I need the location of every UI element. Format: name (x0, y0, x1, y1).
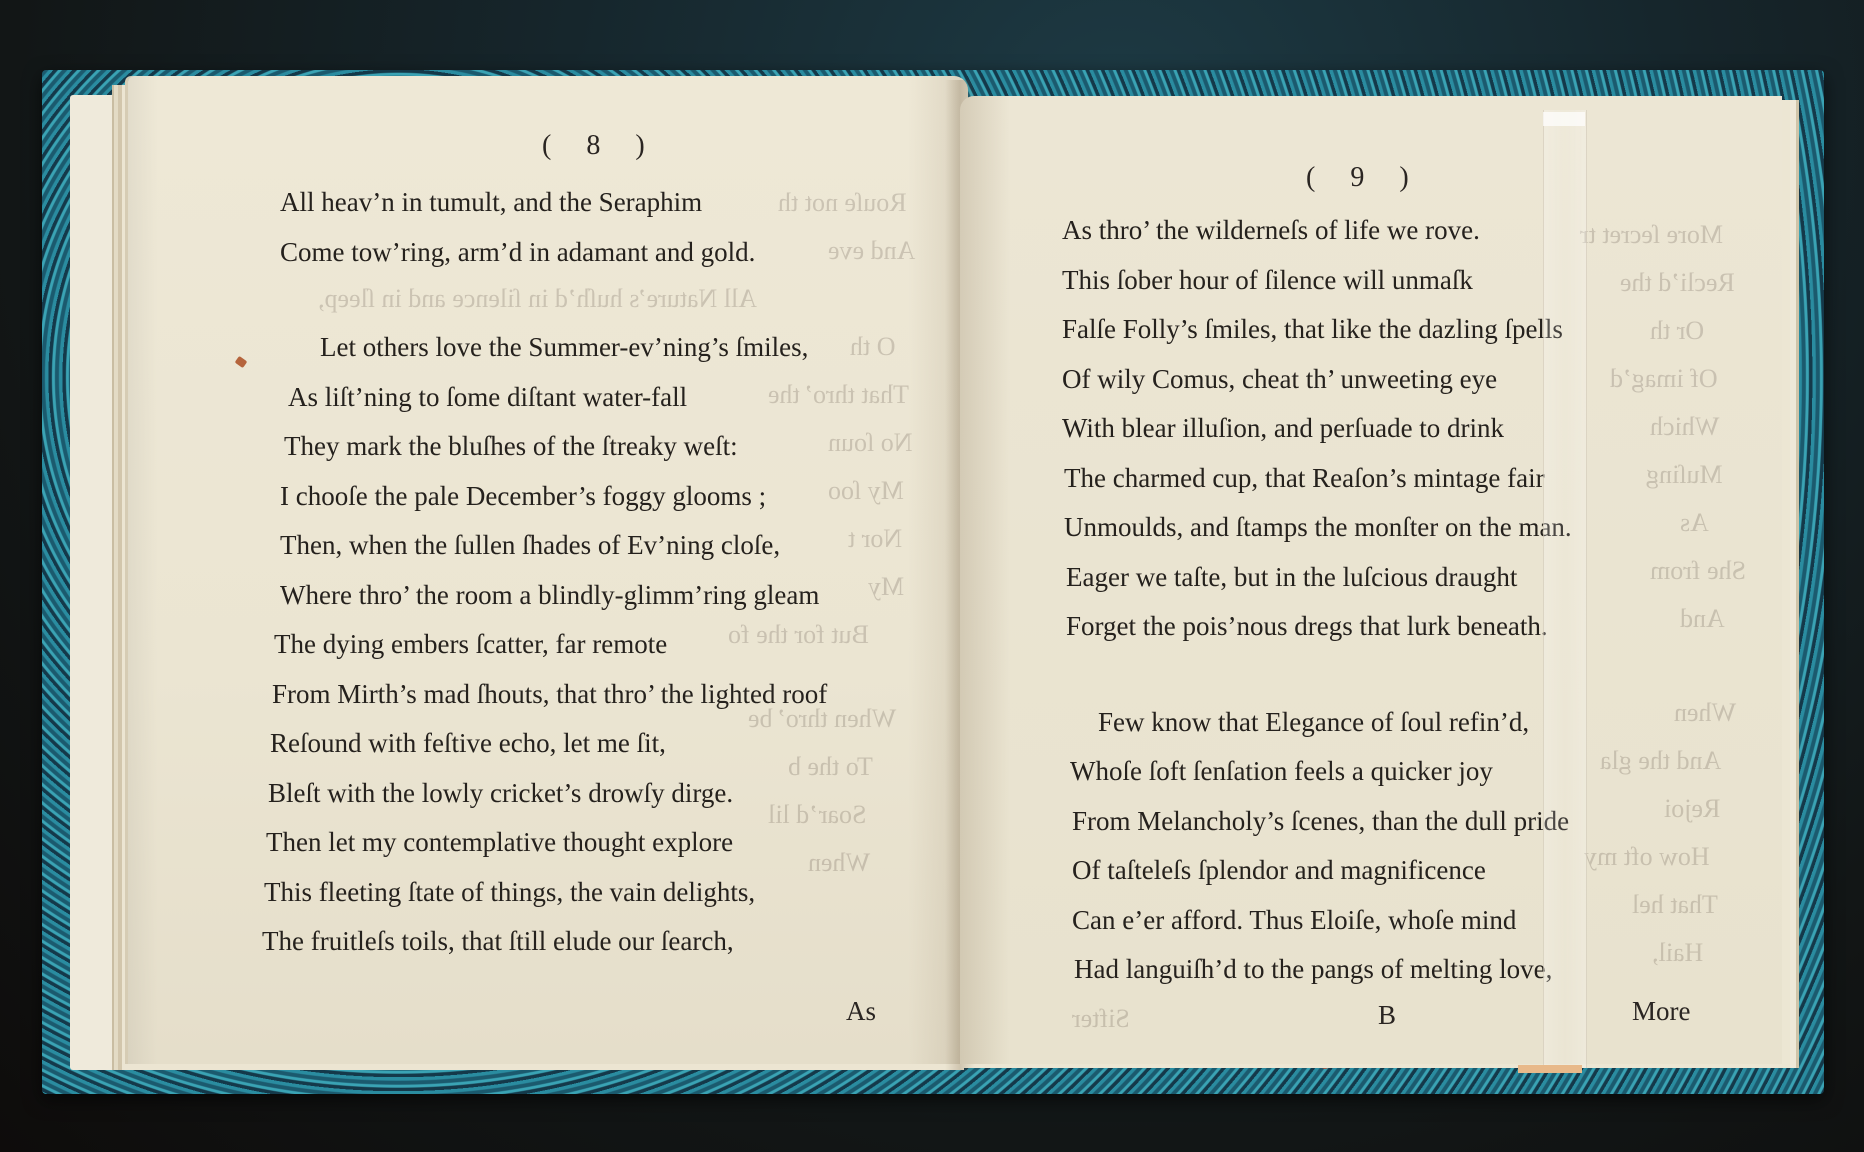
show-through-text: Nor t (848, 524, 902, 554)
repair-tape-bottom-edge (1518, 1065, 1582, 1073)
show-through-text: When (1674, 698, 1736, 728)
show-through-text: My (868, 572, 904, 602)
poem-line: Of taſteleſs ſplendor and magnificence (1062, 846, 1572, 896)
show-through-text: Sifter (1072, 1004, 1130, 1034)
poem-line: With blear illuſion, and perſuade to dri… (1062, 404, 1572, 454)
show-through-text: And eve (828, 236, 915, 266)
show-through-text: More ſecret tr (1580, 220, 1723, 250)
poem-line: The dying embers ſcatter, far remote (274, 620, 827, 670)
poem-line: Bleſt with the lowly cricket’s drowſy di… (268, 769, 827, 819)
poem-line: As thro’ the wilderneſs of life we rove. (1062, 206, 1572, 256)
poem-stanza-right: As thro’ the wilderneſs of life we rove.… (1062, 206, 1572, 995)
signature-mark: B (1378, 1000, 1396, 1031)
catchword: As (846, 996, 876, 1027)
poem-line: They mark the bluſhes of the ſtreaky weſ… (280, 422, 827, 472)
poem-line: As liſt’ning to ſome diſtant water-fall (280, 373, 827, 423)
show-through-text: And (1680, 604, 1725, 634)
catchword: More (1632, 996, 1690, 1027)
poem-line: Can e’er afford. Thus Eloiſe, whoſe mind (1062, 896, 1572, 946)
poem-line: From Mirth’s mad ſhouts, that thro’ the … (272, 670, 827, 720)
show-through-text: How oft my (1584, 842, 1710, 872)
show-through-text: Muſing (1646, 460, 1723, 490)
poem-line: Had languiſh’d to the pangs of melting l… (1062, 945, 1572, 995)
poem-line: Of wily Comus, cheat th’ unweeting eye (1062, 355, 1572, 405)
show-through-text: O th (850, 332, 896, 362)
poem-line: Forget the pois’nous dregs that lurk ben… (1062, 602, 1572, 652)
right-page: ( 9 ) More ſecret tr Recli’d the Or th O… (960, 96, 1782, 1064)
show-through-text: Which (1650, 412, 1719, 442)
show-through-text: As (1680, 508, 1709, 538)
show-through-text: Rejoi (1664, 794, 1720, 824)
show-through-text: Recli’d the (1620, 268, 1735, 298)
poem-line: From Melancholy’s ſcenes, than the dull … (1062, 797, 1572, 847)
show-through-text: My ſoo (828, 476, 904, 506)
poem-line: Reſound with feſtive echo, let me ſit, (270, 719, 827, 769)
show-through-text: That hel (1632, 890, 1718, 920)
ink-stain (235, 356, 248, 368)
poem-line: Eager we taſte, but in the luſcious drau… (1062, 553, 1572, 603)
show-through-text: No ſoun (828, 428, 913, 458)
show-through-text: Or th (1650, 316, 1704, 346)
poem-line: Few know that Elegance of ſoul refin’d, (1062, 698, 1572, 748)
repair-tape-strip (1543, 110, 1587, 1068)
poem-line: Where thro’ the room a blindly-glimm’rin… (280, 571, 827, 621)
left-page: ( 8 ) Rouſe not th And eve All Nature’s … (128, 76, 968, 1064)
page-number: ( 9 ) (1306, 162, 1423, 194)
show-through-text: Hail, (1652, 938, 1703, 968)
poem-line: This fleeting ſtate of things, the vain … (264, 868, 827, 918)
poem-line: The charmed cup, that Reaſon’s mintage f… (1062, 454, 1572, 504)
poem-line: Falſe Folly’s ſmiles, that like the dazl… (1062, 305, 1572, 355)
poem-line: Unmoulds, and ſtamps the monſter on the … (1062, 503, 1572, 553)
poem-line: All heav’n in tumult, and the Seraphim (280, 178, 827, 228)
poem-line: Come tow’ring, arm’d in adamant and gold… (280, 228, 827, 278)
poem-line: Whoſe ſoft ſenſation feels a quicker joy (1062, 747, 1572, 797)
poem-line: Let others love the Summer-ev’ning’s ſmi… (280, 323, 827, 373)
repair-tape-top-edge (1543, 112, 1585, 126)
show-through-text: Of imag’d (1610, 364, 1718, 394)
poem-line: Then let my contemplative thought explor… (266, 818, 827, 868)
show-through-text: And the gla (1600, 746, 1721, 776)
page-number: ( 8 ) (542, 130, 659, 162)
poem-line: Then, when the ſullen ſhades of Ev’ning … (280, 521, 827, 571)
poem-line: I chooſe the pale December’s foggy gloom… (280, 472, 827, 522)
poem-line: The fruitleſs toils, that ſtill elude ou… (262, 917, 827, 967)
show-through-text: She from (1650, 556, 1746, 586)
poem-stanza-left: All heav’n in tumult, and the Seraphim C… (280, 178, 827, 967)
poem-line: This ſober hour of ſilence will unmaſk (1062, 256, 1572, 306)
